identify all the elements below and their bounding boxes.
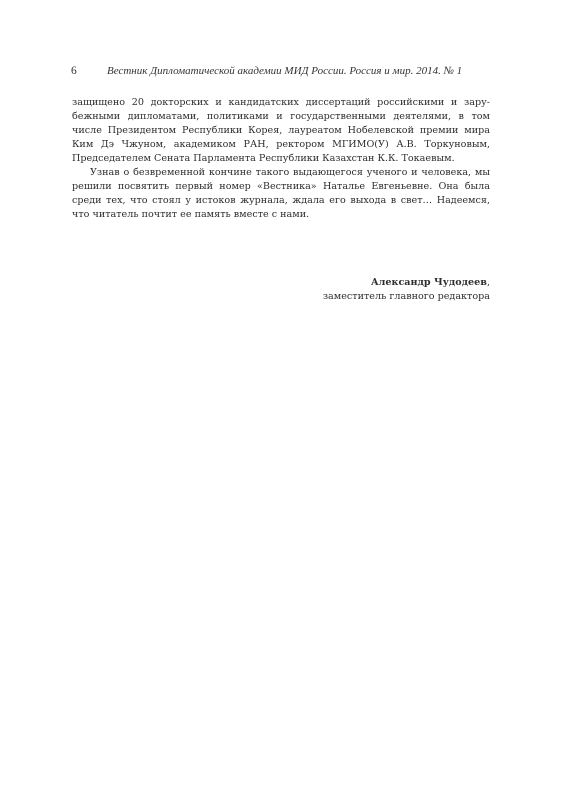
signature-block: Александр Чудодеев, заместитель главного… <box>323 276 490 304</box>
paragraph-continued: защищено 20 докторских и кандидатских ди… <box>72 96 490 166</box>
journal-title: Вестник Дипломатической академии МИД Рос… <box>107 63 462 79</box>
signature-name-line: Александр Чудодеев, <box>323 276 490 290</box>
page-number: 6 <box>71 63 77 79</box>
running-header: 6 Вестник Дипломатической академии МИД Р… <box>71 63 491 79</box>
signature-name: Александр Чудодеев <box>371 277 487 288</box>
signature-title: заместитель главного редактора <box>323 290 490 304</box>
body-text: защищено 20 докторских и кандидатских ди… <box>72 96 490 222</box>
document-page: 6 Вестник Дипломатической академии МИД Р… <box>0 0 562 800</box>
paragraph: Узнав о безвременной кончине такого выда… <box>72 166 490 222</box>
signature-name-suffix: , <box>487 277 490 288</box>
